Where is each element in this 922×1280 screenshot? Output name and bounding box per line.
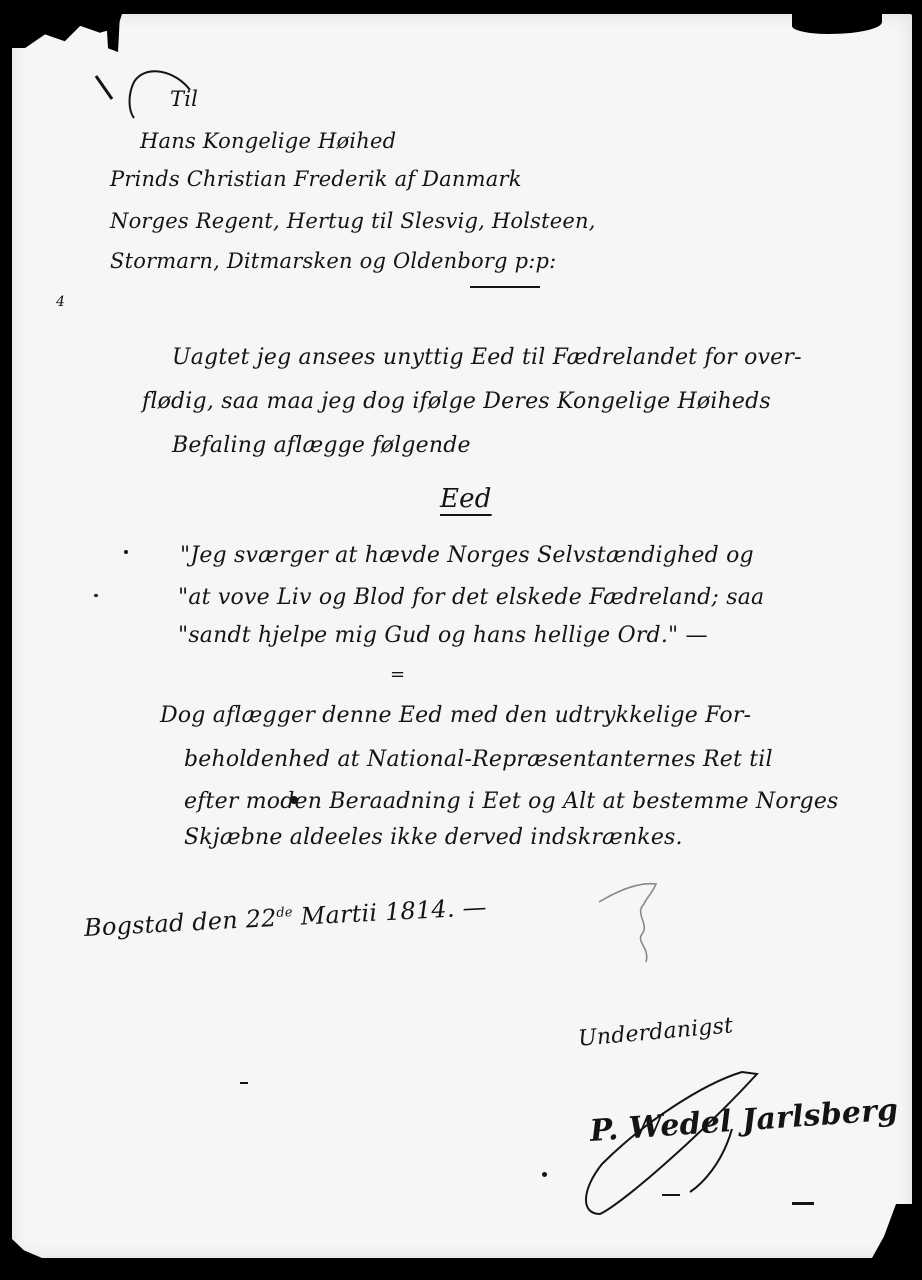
salutation-to: Til bbox=[170, 84, 198, 115]
margin-slash-mark bbox=[95, 75, 114, 100]
salutation-line-3: Norges Regent, Hertug til Slesvig, Holst… bbox=[110, 206, 596, 237]
ink-speck bbox=[124, 550, 128, 554]
reservation-line-4: Skjæbne aldeeles ikke derved indskrænkes… bbox=[184, 816, 683, 860]
intro-line-2: flødig, saa maa jeg dog ifølge Deres Kon… bbox=[142, 380, 771, 424]
ink-speck bbox=[94, 594, 98, 597]
torn-edge-bottom-right bbox=[872, 1204, 912, 1258]
dateline-text: Bogstad den 22 bbox=[83, 904, 277, 942]
oath-line-1: "Jeg sværger at hævde Norges Selvstændig… bbox=[180, 534, 754, 578]
ink-smudge bbox=[240, 1082, 248, 1084]
dateline-superscript: de bbox=[276, 905, 293, 921]
oath-heading: Eed bbox=[440, 484, 492, 514]
dateline: Bogstad den 22de Martii 1814. — bbox=[83, 881, 488, 950]
reservation-line-1: Dog aflægger denne Eed med den udtrykkel… bbox=[160, 694, 751, 738]
salutation-line-4: Stormarn, Ditmarsken og Oldenborg p:p: bbox=[110, 246, 556, 277]
ink-speck bbox=[542, 1172, 547, 1177]
torn-edge-bottom-left bbox=[12, 1239, 42, 1258]
document-page: Til Hans Kongelige Høihed Prinds Christi… bbox=[12, 14, 912, 1258]
ink-smudge bbox=[662, 1194, 680, 1196]
ink-speck bbox=[290, 796, 298, 804]
page-marker: 4 bbox=[56, 294, 65, 310]
oath-separator: = bbox=[390, 664, 405, 685]
oath-line-3: "sandt hjelpe mig Gud og hans hellige Or… bbox=[178, 614, 708, 658]
salutation-underline bbox=[470, 286, 540, 288]
intro-line-3: Befaling aflægge følgende bbox=[172, 424, 471, 468]
salutation-line-1: Hans Kongelige Høihed bbox=[140, 126, 396, 157]
intro-line-1: Uagtet jeg ansees unyttig Eed til Fædrel… bbox=[172, 336, 802, 380]
torn-edge-top-right bbox=[792, 14, 882, 34]
salutation-line-2: Prinds Christian Frederik af Danmark bbox=[110, 164, 522, 195]
torn-edge-top-left bbox=[12, 14, 122, 48]
reservation-line-2: beholdenhed at National-Repræsentanterne… bbox=[184, 738, 773, 782]
dateline-rest: Martii 1814. — bbox=[292, 893, 487, 931]
ink-smudge bbox=[792, 1202, 814, 1205]
pencil-squiggle-mark bbox=[594, 872, 664, 962]
closing-underdanigst: Underdanigst bbox=[577, 1013, 734, 1051]
